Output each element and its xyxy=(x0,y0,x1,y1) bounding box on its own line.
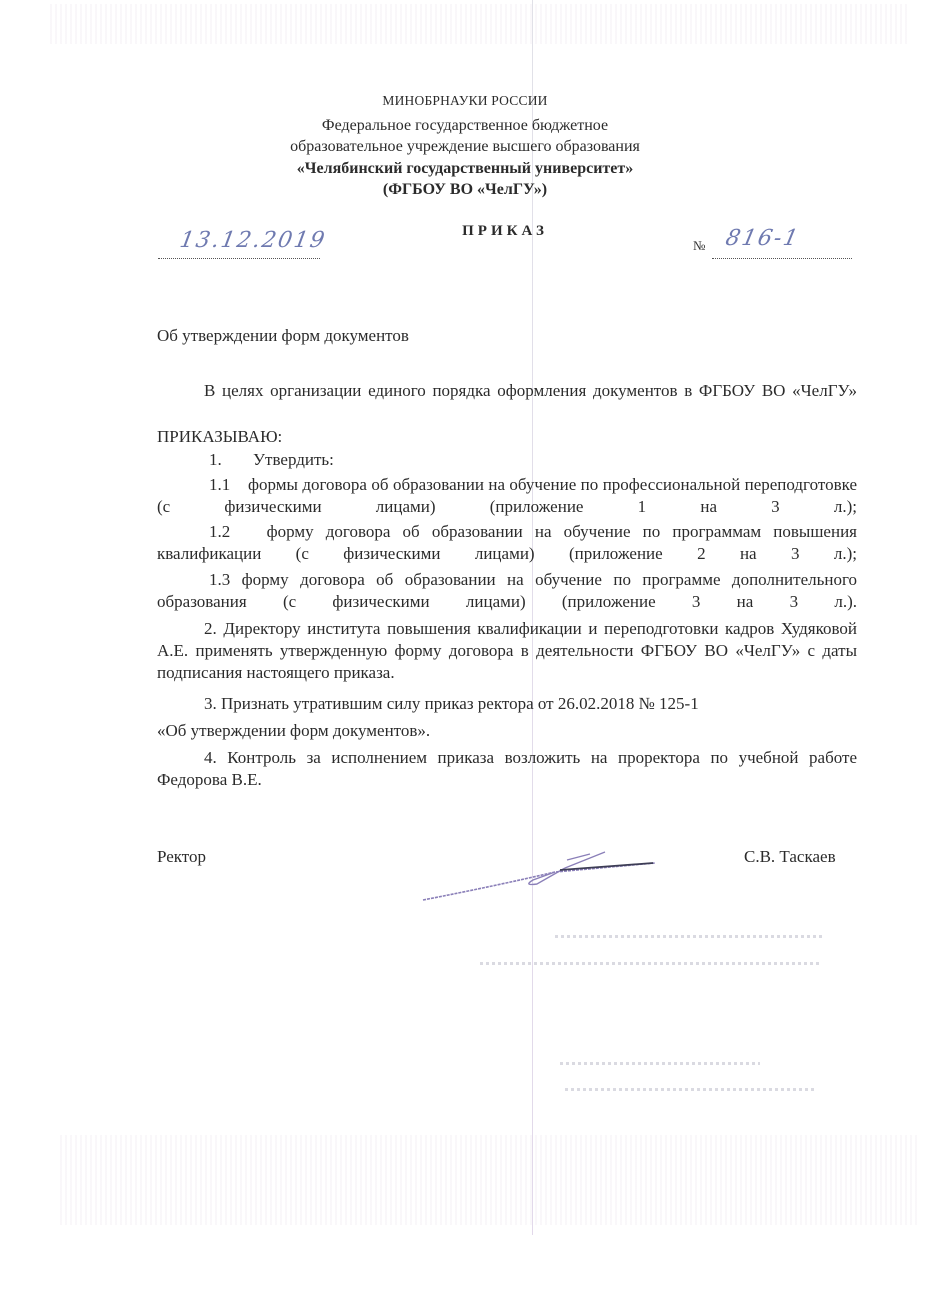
subitem-1-2-number: 1.2 xyxy=(209,522,230,541)
organization-line-3: «Челябинский государственный университет… xyxy=(0,160,930,178)
subitem-1-3-number: 1.3 xyxy=(209,570,230,589)
item-1-text: Утвердить: xyxy=(253,450,334,469)
purpose-paragraph: В целях организации единого порядка офор… xyxy=(157,380,857,402)
number-field: 816-1 xyxy=(712,226,852,259)
subitem-1-2-text: форму договора об образовании на обучени… xyxy=(157,522,857,563)
subitem-1-1-number: 1.1 xyxy=(209,475,230,494)
item-2-text: Директору института повышения квалификац… xyxy=(157,619,857,682)
item-1-number: 1. xyxy=(209,449,253,471)
item-3-text: Признать утратившим силу приказ ректора … xyxy=(221,694,699,713)
bleed-through-text xyxy=(555,935,825,938)
subitem-1-1-text: формы договора об образовании на обучени… xyxy=(157,475,857,516)
subitem-1-2: 1.2 форму договора об образовании на обу… xyxy=(157,521,857,565)
organization-line-2: образовательное учреждение высшего образ… xyxy=(0,138,930,156)
signer-name: С.В. Таскаев xyxy=(744,847,836,867)
signer-title: Ректор xyxy=(157,847,206,867)
item-1: 1.Утвердить: xyxy=(157,449,909,471)
signature-icon xyxy=(415,838,675,908)
date-field: 13.12.2019 xyxy=(158,226,320,259)
number-label: № xyxy=(693,238,705,254)
ordering-word: ПРИКАЗЫВАЮ: xyxy=(157,426,857,448)
bleed-through-text xyxy=(565,1088,815,1091)
subitem-1-1: 1.1 формы договора об образовании на обу… xyxy=(157,474,857,518)
organization-line-1: Федеральное государственное бюджетное xyxy=(0,117,930,135)
item-4-text: Контроль за исполнением приказа возложит… xyxy=(157,748,857,789)
item-3-number: 3. xyxy=(204,694,217,713)
ministry-name: МИНОБРНАУКИ РОССИИ xyxy=(0,93,930,109)
item-3-continuation: «Об утверждении форм документов». xyxy=(157,720,857,742)
bleed-through-text xyxy=(480,962,820,965)
item-3: 3. Признать утратившим силу приказ ректо… xyxy=(157,693,857,715)
scan-bleed-bottom xyxy=(60,1135,920,1225)
subitem-1-3-text: форму договора об образовании на обучени… xyxy=(157,570,857,611)
handwritten-number: 816-1 xyxy=(723,226,802,251)
organization-line-4: (ФГБОУ ВО «ЧелГУ») xyxy=(0,181,930,199)
item-2-number: 2. xyxy=(204,619,217,638)
bleed-through-text xyxy=(560,1062,760,1065)
item-4-number: 4. xyxy=(204,748,217,767)
item-4: 4. Контроль за исполнением приказа возло… xyxy=(157,747,857,791)
item-2: 2. Директору института повышения квалифи… xyxy=(157,618,857,684)
subitem-1-3: 1.3 форму договора об образовании на обу… xyxy=(157,569,857,613)
document-subject: Об утверждении форм документов xyxy=(157,325,857,347)
scan-bleed-top xyxy=(50,4,910,44)
handwritten-date: 13.12.2019 xyxy=(178,228,328,253)
